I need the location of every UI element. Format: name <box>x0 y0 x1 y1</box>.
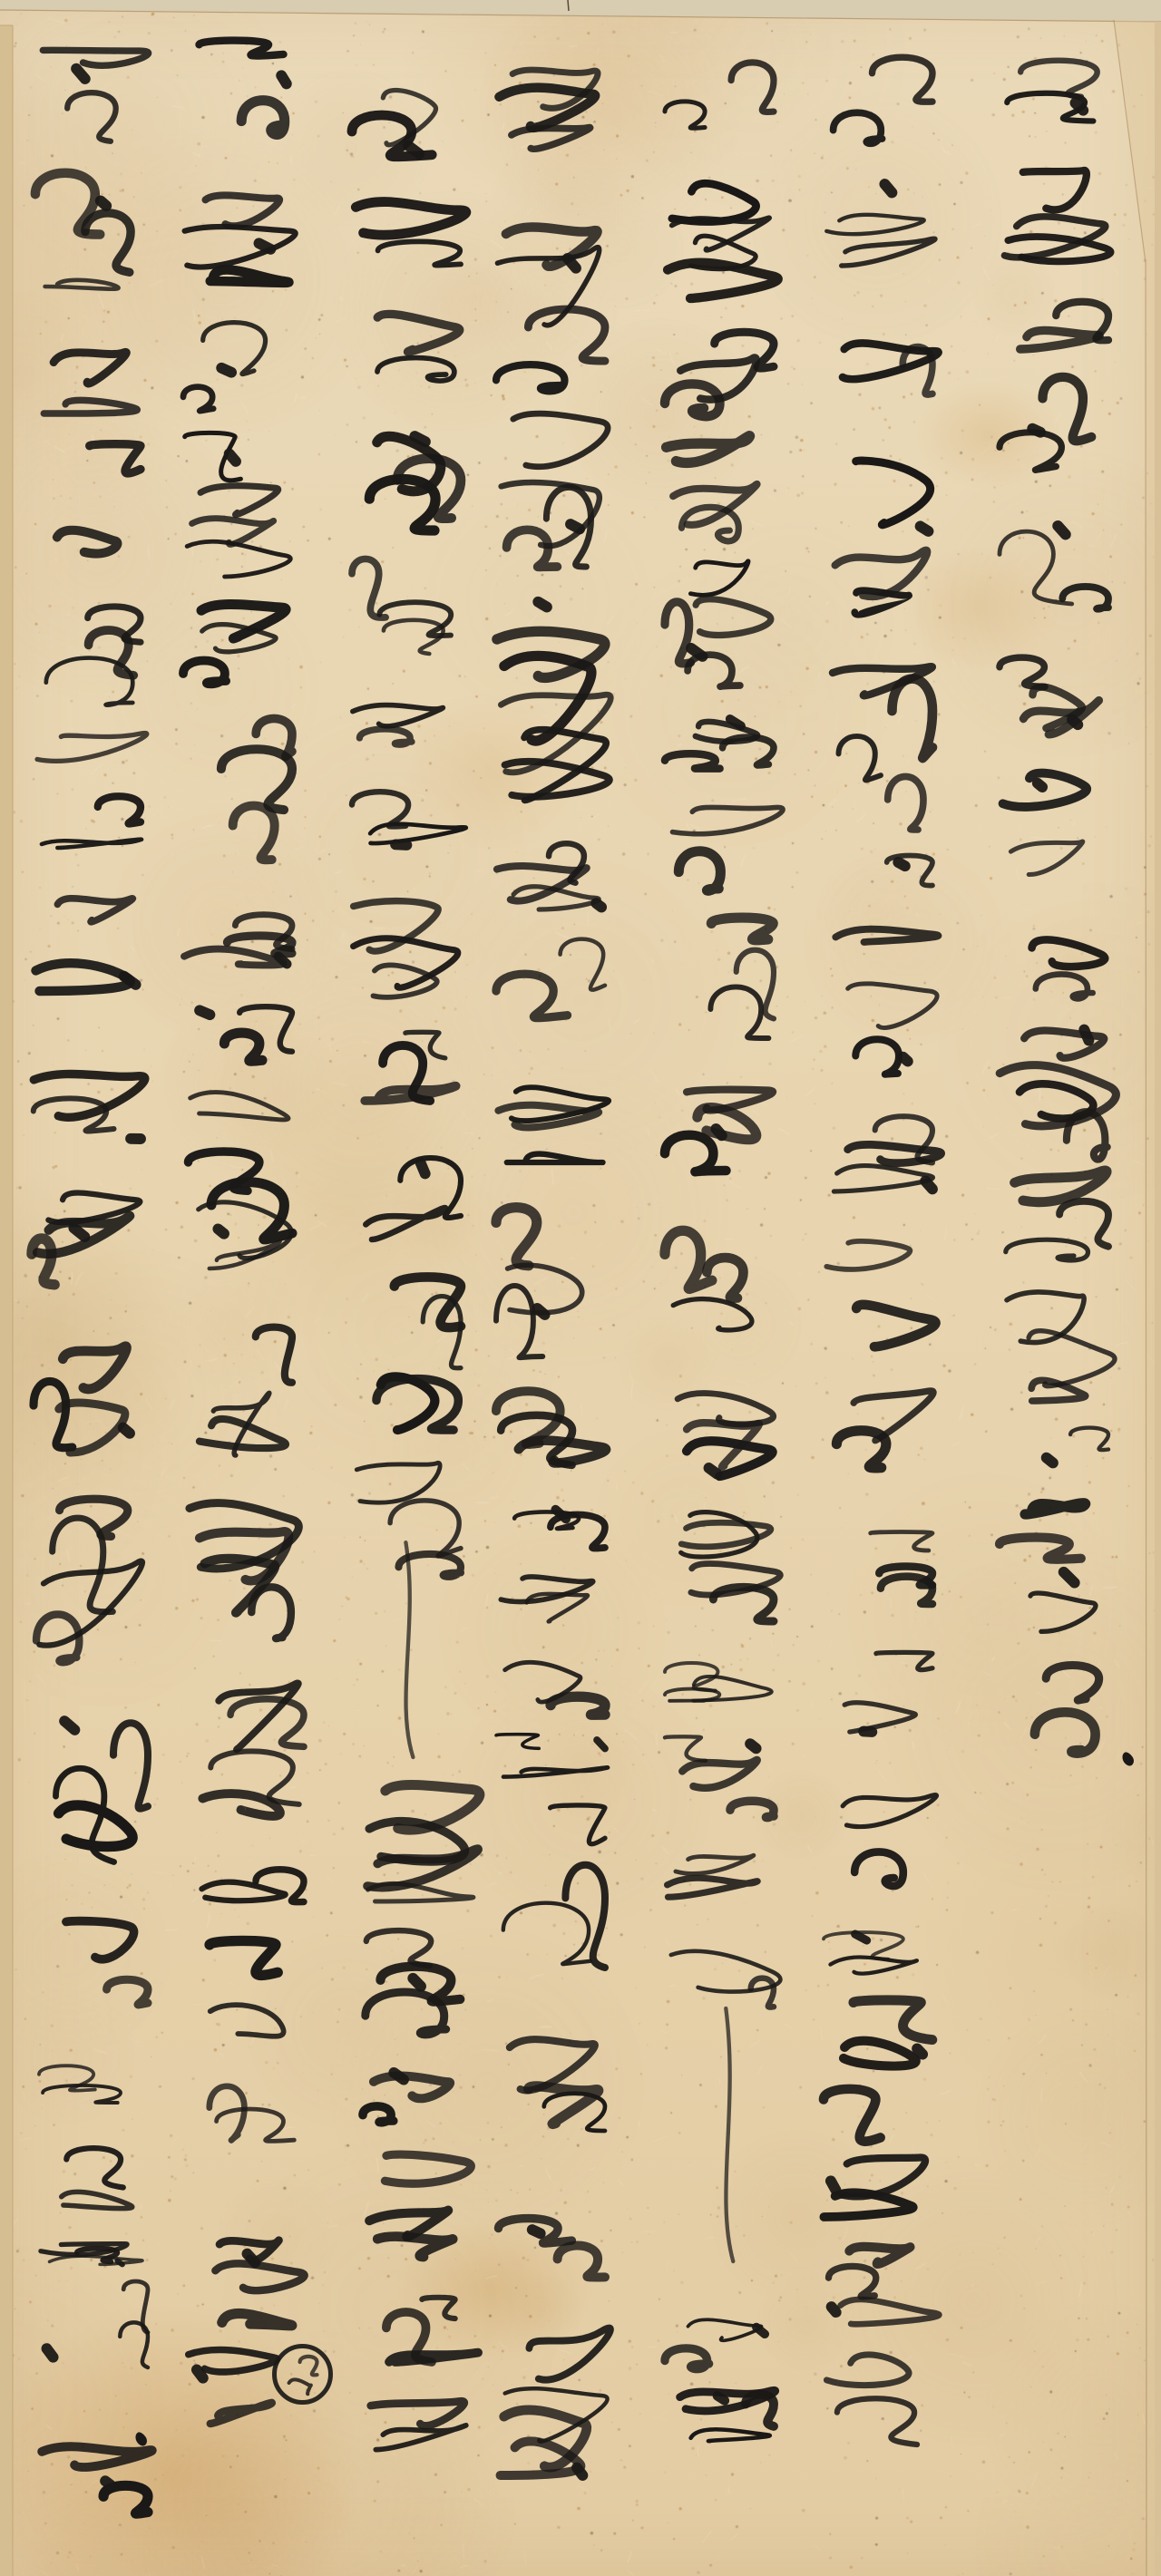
calligraphy-character: 說 <box>18 1042 154 1148</box>
calligraphy-character: 章 <box>23 1486 159 1667</box>
calligraphy-character: 一 <box>25 2241 161 2268</box>
brush-stroke-glyph <box>25 1911 161 2023</box>
brush-stroke-glyph <box>25 2241 161 2268</box>
brush-stroke-glyph <box>25 2056 161 2109</box>
brush-stroke-glyph <box>18 307 154 423</box>
brush-stroke-glyph <box>18 1176 154 1297</box>
brush-stroke-glyph <box>18 1042 154 1148</box>
calligraphy-character: 手 <box>18 434 154 568</box>
calligraphy-character: 歷 <box>18 1176 154 1297</box>
calligraphy-character: 養 <box>18 724 154 857</box>
calligraphy-character: 不 <box>25 1911 161 2023</box>
calligraphy-character: 季 <box>25 1693 161 1878</box>
brush-stroke-glyph <box>25 1693 161 1878</box>
calligraphy-character: 傳 <box>18 157 154 296</box>
brush-stroke-glyph <box>18 724 154 857</box>
calligraphy-character: 君 <box>18 41 154 151</box>
brush-stroke-glyph <box>18 434 154 568</box>
calligraphy-character: 獅 <box>25 2270 161 2396</box>
brush-stroke-glyph <box>18 870 154 1000</box>
brush-stroke-glyph <box>20 1306 156 1463</box>
calligraphy-character: 自 <box>18 585 154 712</box>
brush-stroke-glyph <box>18 41 154 151</box>
calligraphy-character: 云 <box>18 870 154 1000</box>
calligraphy-character: 餘 <box>25 2135 161 2214</box>
brush-stroke-glyph <box>18 585 154 712</box>
brush-stroke-glyph <box>25 2270 161 2396</box>
brush-stroke-glyph <box>25 2135 161 2214</box>
calligraphy-character: 而 <box>18 307 154 423</box>
brush-stroke-glyph <box>18 157 154 296</box>
text-column-7: 君 傳 而 手 自 養 云 說 歷 奇 章 季 不 十 餘 一 獅 首 、 <box>0 0 1161 2576</box>
calligraphy-character: 十 <box>25 2056 161 2109</box>
calligraphy-character: 奇 <box>20 1306 156 1463</box>
calligraphy-scroll: 張 旭 初 果 五 歲 宗 不 子 若 錄 是 乎 人 、 卿 趣 之 前 藏 … <box>0 0 1161 2576</box>
brush-stroke-glyph <box>23 1486 159 1667</box>
